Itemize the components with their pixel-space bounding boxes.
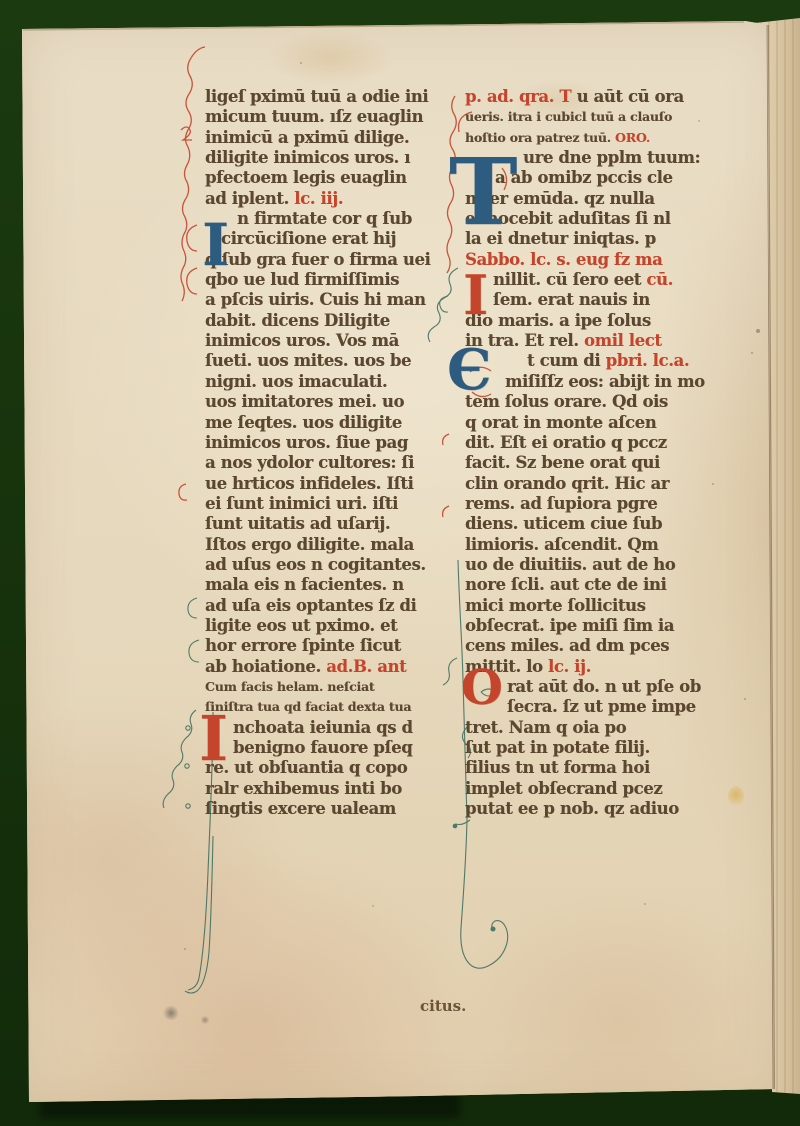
manuscript-line: dit. Eſt ei oratio q pccz [465, 433, 727, 453]
manuscript-line: micum tuum. ıſz euaglin [205, 107, 459, 127]
body-text: ſecra. ſz ut pme impe [507, 697, 696, 716]
drop-cap-red-i: I [463, 268, 488, 322]
body-text: ſiniſtra tua qd faciat dexta tua [205, 699, 411, 714]
body-text: inimicos uros. Vos mā [205, 331, 399, 350]
manuscript-line: ueris. itra i cubicl tuū a clauſo [465, 107, 727, 127]
body-text: nore ſcli. aut cte de ini [465, 575, 666, 594]
manuscript-line: a nos ydolor cultores: ſi [205, 453, 459, 473]
manuscript-line: rat aūt do. n ut pſe ob [465, 677, 727, 697]
manuscript-line: tret. Nam q oia po [465, 718, 727, 738]
drop-cap-red-o: O [461, 664, 503, 712]
body-text: clin orando qrit. Hic ar [465, 474, 669, 493]
manuscript-line: ſut pat in potate filij. [465, 738, 727, 758]
rubric-text: lc. iij. [294, 189, 343, 208]
manuscript-line: p. ad. qra. T u aūt cū ora [465, 87, 727, 107]
manuscript-line: miſiſſz eos: abijt in mo [465, 372, 727, 392]
manuscript-line: ſunt uitatis ad uſarij. [205, 514, 459, 534]
drop-cap-red-i: I [199, 708, 228, 770]
body-text: ure dne pplm tuum: [523, 148, 700, 167]
manuscript-line: nigni. uos imaculati. [205, 372, 459, 392]
body-text: mala eis n facientes. n [205, 575, 404, 594]
manuscript-line: in tra. Et rel. omil lect [465, 331, 727, 351]
manuscript-line: obſecrat. ipe miſi ſim ia [465, 616, 727, 636]
manuscript-line: ligeſ pximū tuū a odie ini [205, 87, 459, 107]
manuscript-line: clin orando qrit. Hic ar [465, 474, 727, 494]
body-text: obſecrat. ipe miſi ſim ia [465, 616, 674, 635]
manuscript-line: cens miles. ad dm pces [465, 636, 727, 656]
manuscript-line: ei ſunt inimici uri. iſti [205, 494, 459, 514]
body-text: ad iplent. [205, 189, 294, 208]
manuscript-line: circūciſione erat hij [205, 229, 459, 249]
body-text: uos imitatores mei. uo [205, 392, 404, 411]
body-text: Cum facis helam. neſciat [205, 679, 375, 694]
rubric-text: cū. [646, 270, 673, 289]
body-text: nchoata ieiunia qs d [233, 718, 413, 737]
ink-smudge [200, 1016, 210, 1024]
body-text: dabit. dicens Diligite [205, 311, 390, 330]
body-text: pfectoem legis euaglin [205, 168, 407, 187]
ink-smudge [162, 1006, 180, 1020]
manuscript-line: mici morte ſollicitus [465, 596, 727, 616]
body-text: t cum di [527, 351, 606, 370]
body-text: ſem. erat nauis in [493, 290, 650, 309]
manuscript-line: putat ee p nob. qz adiuo [465, 799, 727, 819]
manuscript-line: me ſeqtes. uos diligite [205, 413, 459, 433]
manuscript-line: hor errore ſpinte ſicut [205, 636, 459, 656]
body-text: inimicū a pximū dilige. [205, 128, 409, 147]
body-text: ad uſa eis optantes ſz di [205, 596, 416, 615]
manuscript-line: tem ſolus orare. Qd ois [465, 392, 727, 412]
rubric-text: pbri. lc.a. [606, 351, 690, 370]
body-text: ligeſ pximū tuū a odie ini [205, 87, 428, 106]
manuscript-line: ralr exhibemus inti bo [205, 779, 459, 799]
drop-cap-blue-i: I [202, 216, 229, 274]
manuscript-line: ſingtis excere ualeam [205, 799, 459, 819]
parchment-specks [0, 0, 2, 2]
manuscript-line: uo de diuitiis. aut de ho [465, 555, 727, 575]
manuscript-line: n firmtate cor q ſub [205, 209, 459, 229]
body-text: facit. Sz bene orat qui [465, 453, 660, 472]
manuscript-line: ue hrticos infideles. Iſti [205, 474, 459, 494]
body-text: cens miles. ad dm pces [465, 636, 669, 655]
catchword: citus. [420, 997, 466, 1015]
manuscript-line: filius tn ut forma hoi [465, 758, 727, 778]
yellow-stain [728, 786, 744, 808]
body-text: Iſtos ergo diligite. mala [205, 535, 414, 554]
manuscript-line: diens. uticem ciue ſub [465, 514, 727, 534]
body-text: ad uſus eos n cogitantes. [205, 555, 426, 574]
body-text: a pſcis uiris. Cuis hi man [205, 290, 426, 309]
manuscript-line: t cum di pbri. lc.a. [465, 351, 727, 371]
manuscript-line: Iſtos ergo diligite. mala [205, 535, 459, 555]
manuscript-line: dabit. dicens Diligite [205, 311, 459, 331]
manuscript-line: dio maris. a ipe ſolus [465, 311, 727, 331]
body-text: u aūt cū ora [577, 87, 684, 106]
body-text: ſut pat in potate filij. [465, 738, 650, 757]
manuscript-line: inimicos uros. Vos mā [205, 331, 459, 351]
manuscript-line: re. ut obſuantia q copo [205, 758, 459, 778]
body-text: rems. ad ſupiora pgre [465, 494, 657, 513]
body-text: filius tn ut forma hoi [465, 758, 650, 777]
rubric-text: lc. ij. [548, 657, 591, 676]
body-text: q ſub gra fuer o firma uei [205, 250, 430, 269]
rubric-text: omil lect [584, 331, 662, 350]
body-text: ueris. itra i cubicl tuū a clauſo [465, 109, 672, 124]
drop-cap-blue-e: Є [447, 342, 492, 398]
body-text: ue hrticos infideles. Iſti [205, 474, 413, 493]
rubric-text: ORO. [615, 130, 650, 145]
body-text: re. ut obſuantia q copo [205, 758, 407, 777]
manuscript-line: facit. Sz bene orat qui [465, 453, 727, 473]
body-text: ſunt uitatis ad uſarij. [205, 514, 390, 533]
manuscript-line: nore ſcli. aut cte de ini [465, 575, 727, 595]
text-column-left: ligeſ pximū tuū a odie inimicum tuum. … [205, 87, 459, 819]
body-text: a nos ydolor cultores: ſi [205, 453, 414, 472]
body-text: q orat in monte aſcen [465, 413, 656, 432]
manuscript-line: Sabbo. lc. s. eug fz ma [465, 250, 727, 270]
body-text: n firmtate cor q ſub [237, 209, 412, 228]
body-text: nillit. cū ſero eet [493, 270, 646, 289]
body-text: rat aūt do. n ut pſe ob [507, 677, 701, 696]
body-text: ſueti. uos mites. uos be [205, 351, 411, 370]
manuscript-line: diligite inimicos uros. ı [205, 148, 459, 168]
body-text: me ſeqtes. uos diligite [205, 413, 402, 432]
manuscript-line: ſecra. ſz ut pme impe [465, 697, 727, 717]
manuscript-line: q ſub gra fuer o firma uei [205, 250, 459, 270]
body-text: ab hoiatione. [205, 657, 326, 676]
manuscript-line: nillit. cū ſero eet cū. [465, 270, 727, 290]
manuscript-line: inimicū a pximū dilige. [205, 128, 459, 148]
body-text: micum tuum. ıſz euaglin [205, 107, 423, 126]
body-text: ralr exhibemus inti bo [205, 779, 402, 798]
drop-cap-blue-t: T [449, 146, 517, 238]
body-text: inimicos uros. ſiue pag [205, 433, 408, 452]
body-text: ei ſunt inimici uri. iſti [205, 494, 398, 513]
body-text: uo de diuitiis. aut de ho [465, 555, 675, 574]
body-text: qbo ue lud firmiſſimis [205, 270, 399, 289]
manuscript-line: mala eis n facientes. n [205, 575, 459, 595]
manuscript-line: Cum facis helam. neſciat [205, 677, 459, 697]
manuscript-line: ad uſa eis optantes ſz di [205, 596, 459, 616]
body-text: nigni. uos imaculati. [205, 372, 387, 391]
manuscript-line: inimicos uros. ſiue pag [205, 433, 459, 453]
body-text: tem ſolus orare. Qd ois [465, 392, 668, 411]
manuscript-line: rems. ad ſupiora pgre [465, 494, 727, 514]
manuscript-photo: { "document": { "type": "medieval-manusc… [0, 0, 800, 1126]
manuscript-line: ligite eos ut pximo. et [205, 616, 459, 636]
manuscript-line: ſiniſtra tua qd faciat dexta tua [205, 697, 459, 717]
manuscript-line: nchoata ieiunia qs d [205, 718, 459, 738]
body-text: implet obſecrand pcez [465, 779, 662, 798]
manuscript-line: qbo ue lud firmiſſimis [205, 270, 459, 290]
rubric-text: ad.B. ant [326, 657, 406, 676]
manuscript-line: ſueti. uos mites. uos be [205, 351, 459, 371]
body-text: mici morte ſollicitus [465, 596, 646, 615]
manuscript-line: uos imitatores mei. uo [205, 392, 459, 412]
manuscript-line: implet obſecrand pcez [465, 779, 727, 799]
manuscript-line: pfectoem legis euaglin [205, 168, 459, 188]
body-text: ſingtis excere ualeam [205, 799, 396, 818]
body-text: limioris. aſcendit. Qm [465, 535, 658, 554]
body-text: benigno fauore pſeq [233, 738, 412, 757]
manuscript-line: ad iplent. lc. iij. [205, 189, 459, 209]
body-text: putat ee p nob. qz adiuo [465, 799, 679, 818]
manuscript-line: benigno fauore pſeq [205, 738, 459, 758]
manuscript-line: limioris. aſcendit. Qm [465, 535, 727, 555]
body-text: dit. Eſt ei oratio q pccz [465, 433, 667, 452]
body-text: circūciſione erat hij [221, 229, 396, 248]
parchment-page: ligeſ pximū tuū a odie inimicum tuum. … [0, 0, 800, 1126]
manuscript-line: a pſcis uiris. Cuis hi man [205, 290, 459, 310]
manuscript-line: ad uſus eos n cogitantes. [205, 555, 459, 575]
manuscript-line: q orat in monte aſcen [465, 413, 727, 433]
body-text: dio maris. a ipe ſolus [465, 311, 651, 330]
rubric-text: p. ad. qra. T [465, 87, 577, 106]
body-text: a ab omibz pccis cle [495, 168, 673, 187]
body-text: ligite eos ut pximo. et [205, 616, 397, 635]
manuscript-line: mittit. lo lc. ij. [465, 657, 727, 677]
rubric-text: Sabbo. lc. s. eug fz ma [465, 250, 662, 269]
body-text: hor errore ſpinte ſicut [205, 636, 401, 655]
manuscript-line: ſem. erat nauis in [465, 290, 727, 310]
body-text: diens. uticem ciue ſub [465, 514, 662, 533]
body-text: miſiſſz eos: abijt in mo [505, 372, 705, 391]
body-text: tret. Nam q oia po [465, 718, 626, 737]
manuscript-line: ab hoiatione. ad.B. ant [205, 657, 459, 677]
body-text: diligite inimicos uros. ı [205, 148, 410, 167]
